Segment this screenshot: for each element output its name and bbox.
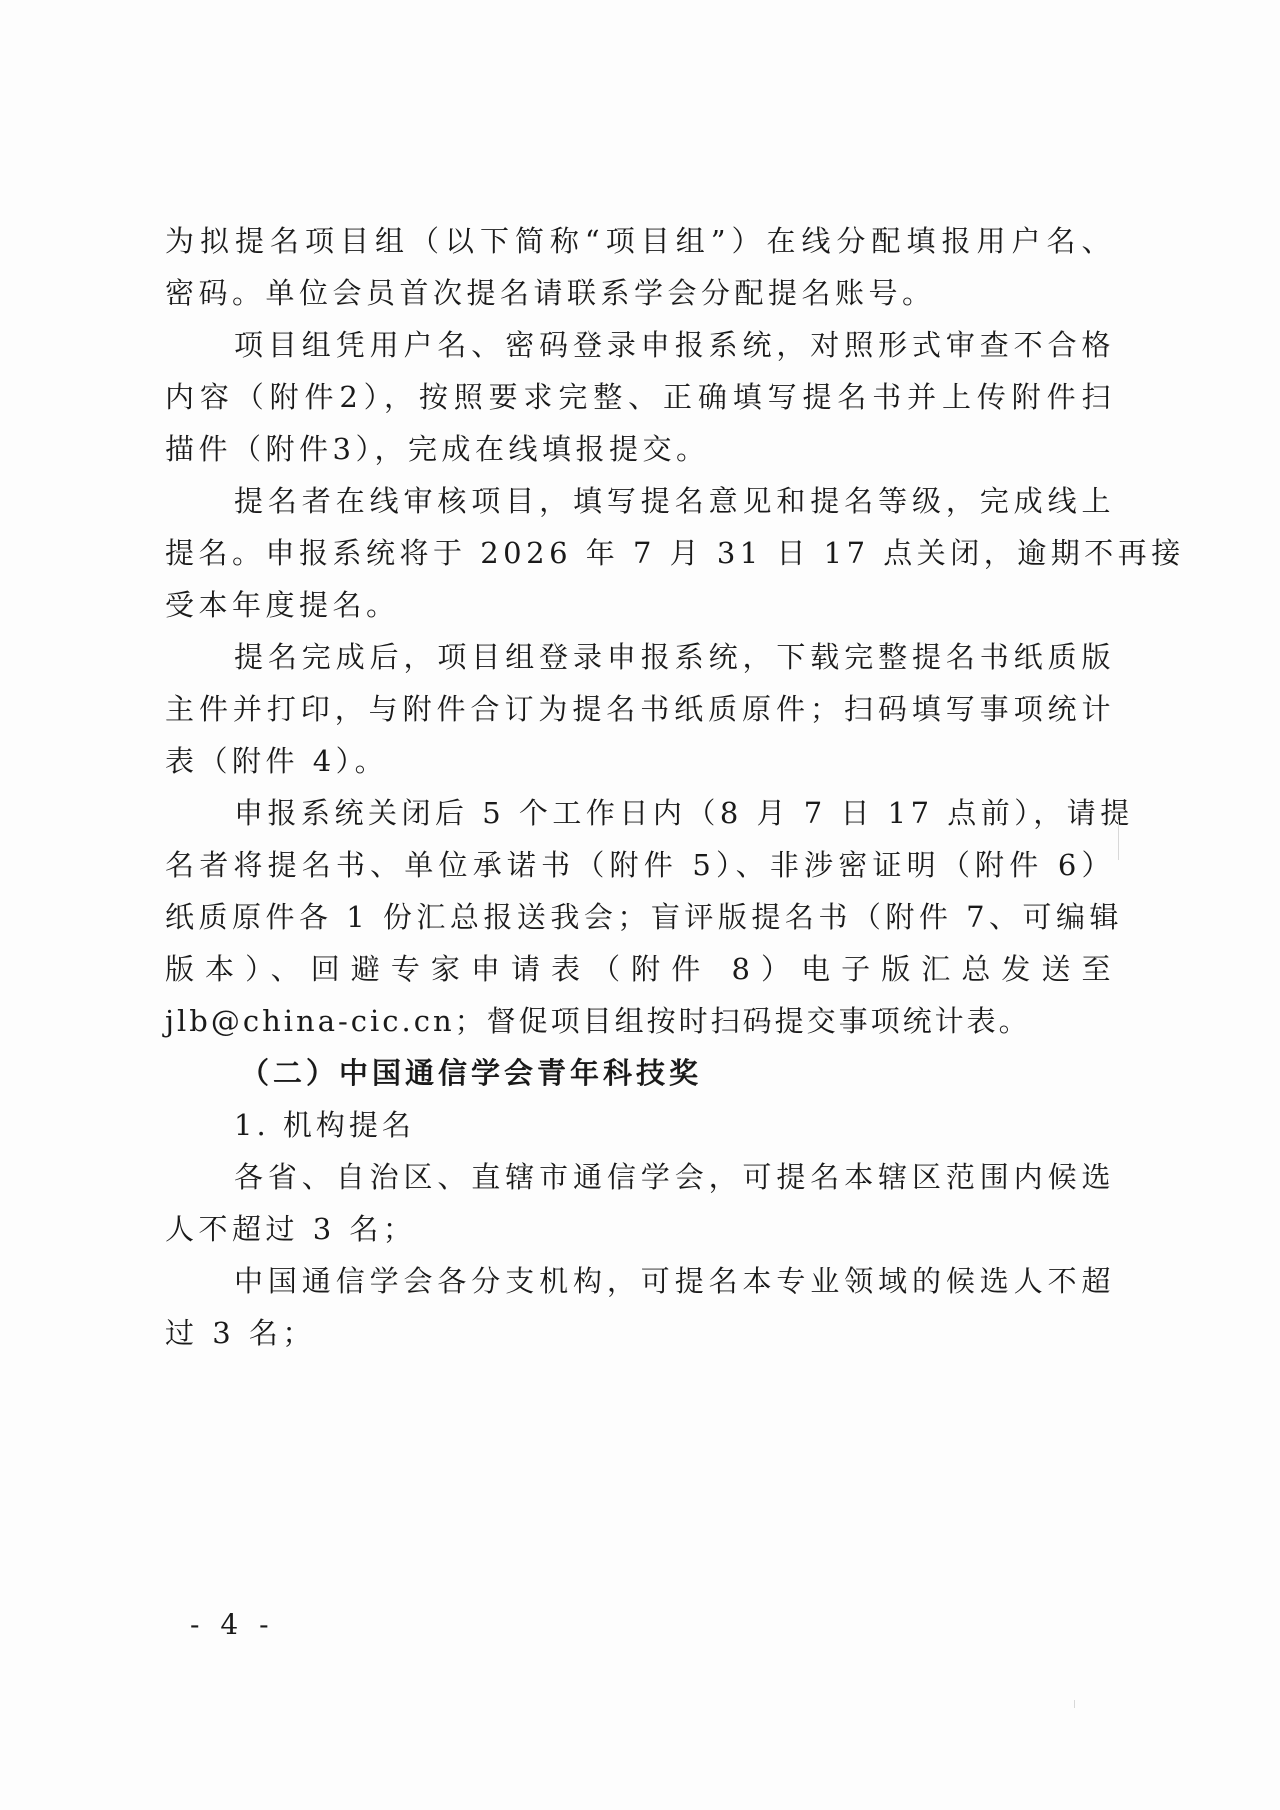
text-line: 描件（附件3），完成在线填报提交。 xyxy=(165,429,1115,469)
text-line: 主件并打印，与附件合订为提名书纸质原件；扫码填写事项统计 xyxy=(165,689,1115,729)
text-line: 人不超过 3 名； xyxy=(165,1209,1115,1249)
section-heading: （二）中国通信学会青年科技奖 xyxy=(240,1053,702,1093)
text-line: 申报系统关闭后 5 个工作日内（8 月 7 日 17 点前），请提 xyxy=(234,793,1115,833)
text-line: 名者将提名书、单位承诺书（附件 5）、非涉密证明（附件 6） xyxy=(165,845,1115,885)
document-page: 为拟提名项目组（以下简称“项目组”）在线分配填报用户名、 密码。单位会员首次提名… xyxy=(0,0,1280,1810)
text-line: 过 3 名； xyxy=(165,1313,1115,1353)
text-line: 受本年度提名。 xyxy=(165,585,1115,625)
text-line: 表（附件 4）。 xyxy=(165,741,1115,781)
email-line: jlb@china-cic.cn；督促项目组按时扫码提交事项统计表。 xyxy=(165,1001,1115,1041)
scan-artifact xyxy=(1118,820,1119,860)
text-line: 各省、自治区、直辖市通信学会，可提名本辖区范围内候选 xyxy=(234,1157,1115,1197)
text-line: 提名完成后，项目组登录申报系统，下载完整提名书纸质版 xyxy=(234,637,1115,677)
text-line: 项目组凭用户名、密码登录申报系统，对照形式审查不合格 xyxy=(234,325,1115,365)
scan-artifact xyxy=(1074,1700,1075,1708)
page-number: - 4 - xyxy=(190,1605,275,1645)
text-line: 提名者在线审核项目，填写提名意见和提名等级，完成线上 xyxy=(234,481,1115,521)
text-line: 内容（附件2），按照要求完整、正确填写提名书并上传附件扫 xyxy=(165,377,1115,417)
text-line: 中国通信学会各分支机构，可提名本专业领域的候选人不超 xyxy=(234,1261,1115,1301)
text-line: 为拟提名项目组（以下简称“项目组”）在线分配填报用户名、 xyxy=(165,221,1115,261)
text-line: 提名。申报系统将于 2026 年 7 月 31 日 17 点关闭，逾期不再接 xyxy=(165,533,1115,573)
text-line: 密码。单位会员首次提名请联系学会分配提名账号。 xyxy=(165,273,1115,313)
text-line: 版本）、回避专家申请表（附件 8）电子版汇总发送至 xyxy=(165,949,1115,989)
text-line: 纸质原件各 1 份汇总报送我会；盲评版提名书（附件 7、可编辑 xyxy=(165,897,1115,937)
subsection-heading: 1. 机构提名 xyxy=(234,1105,415,1145)
